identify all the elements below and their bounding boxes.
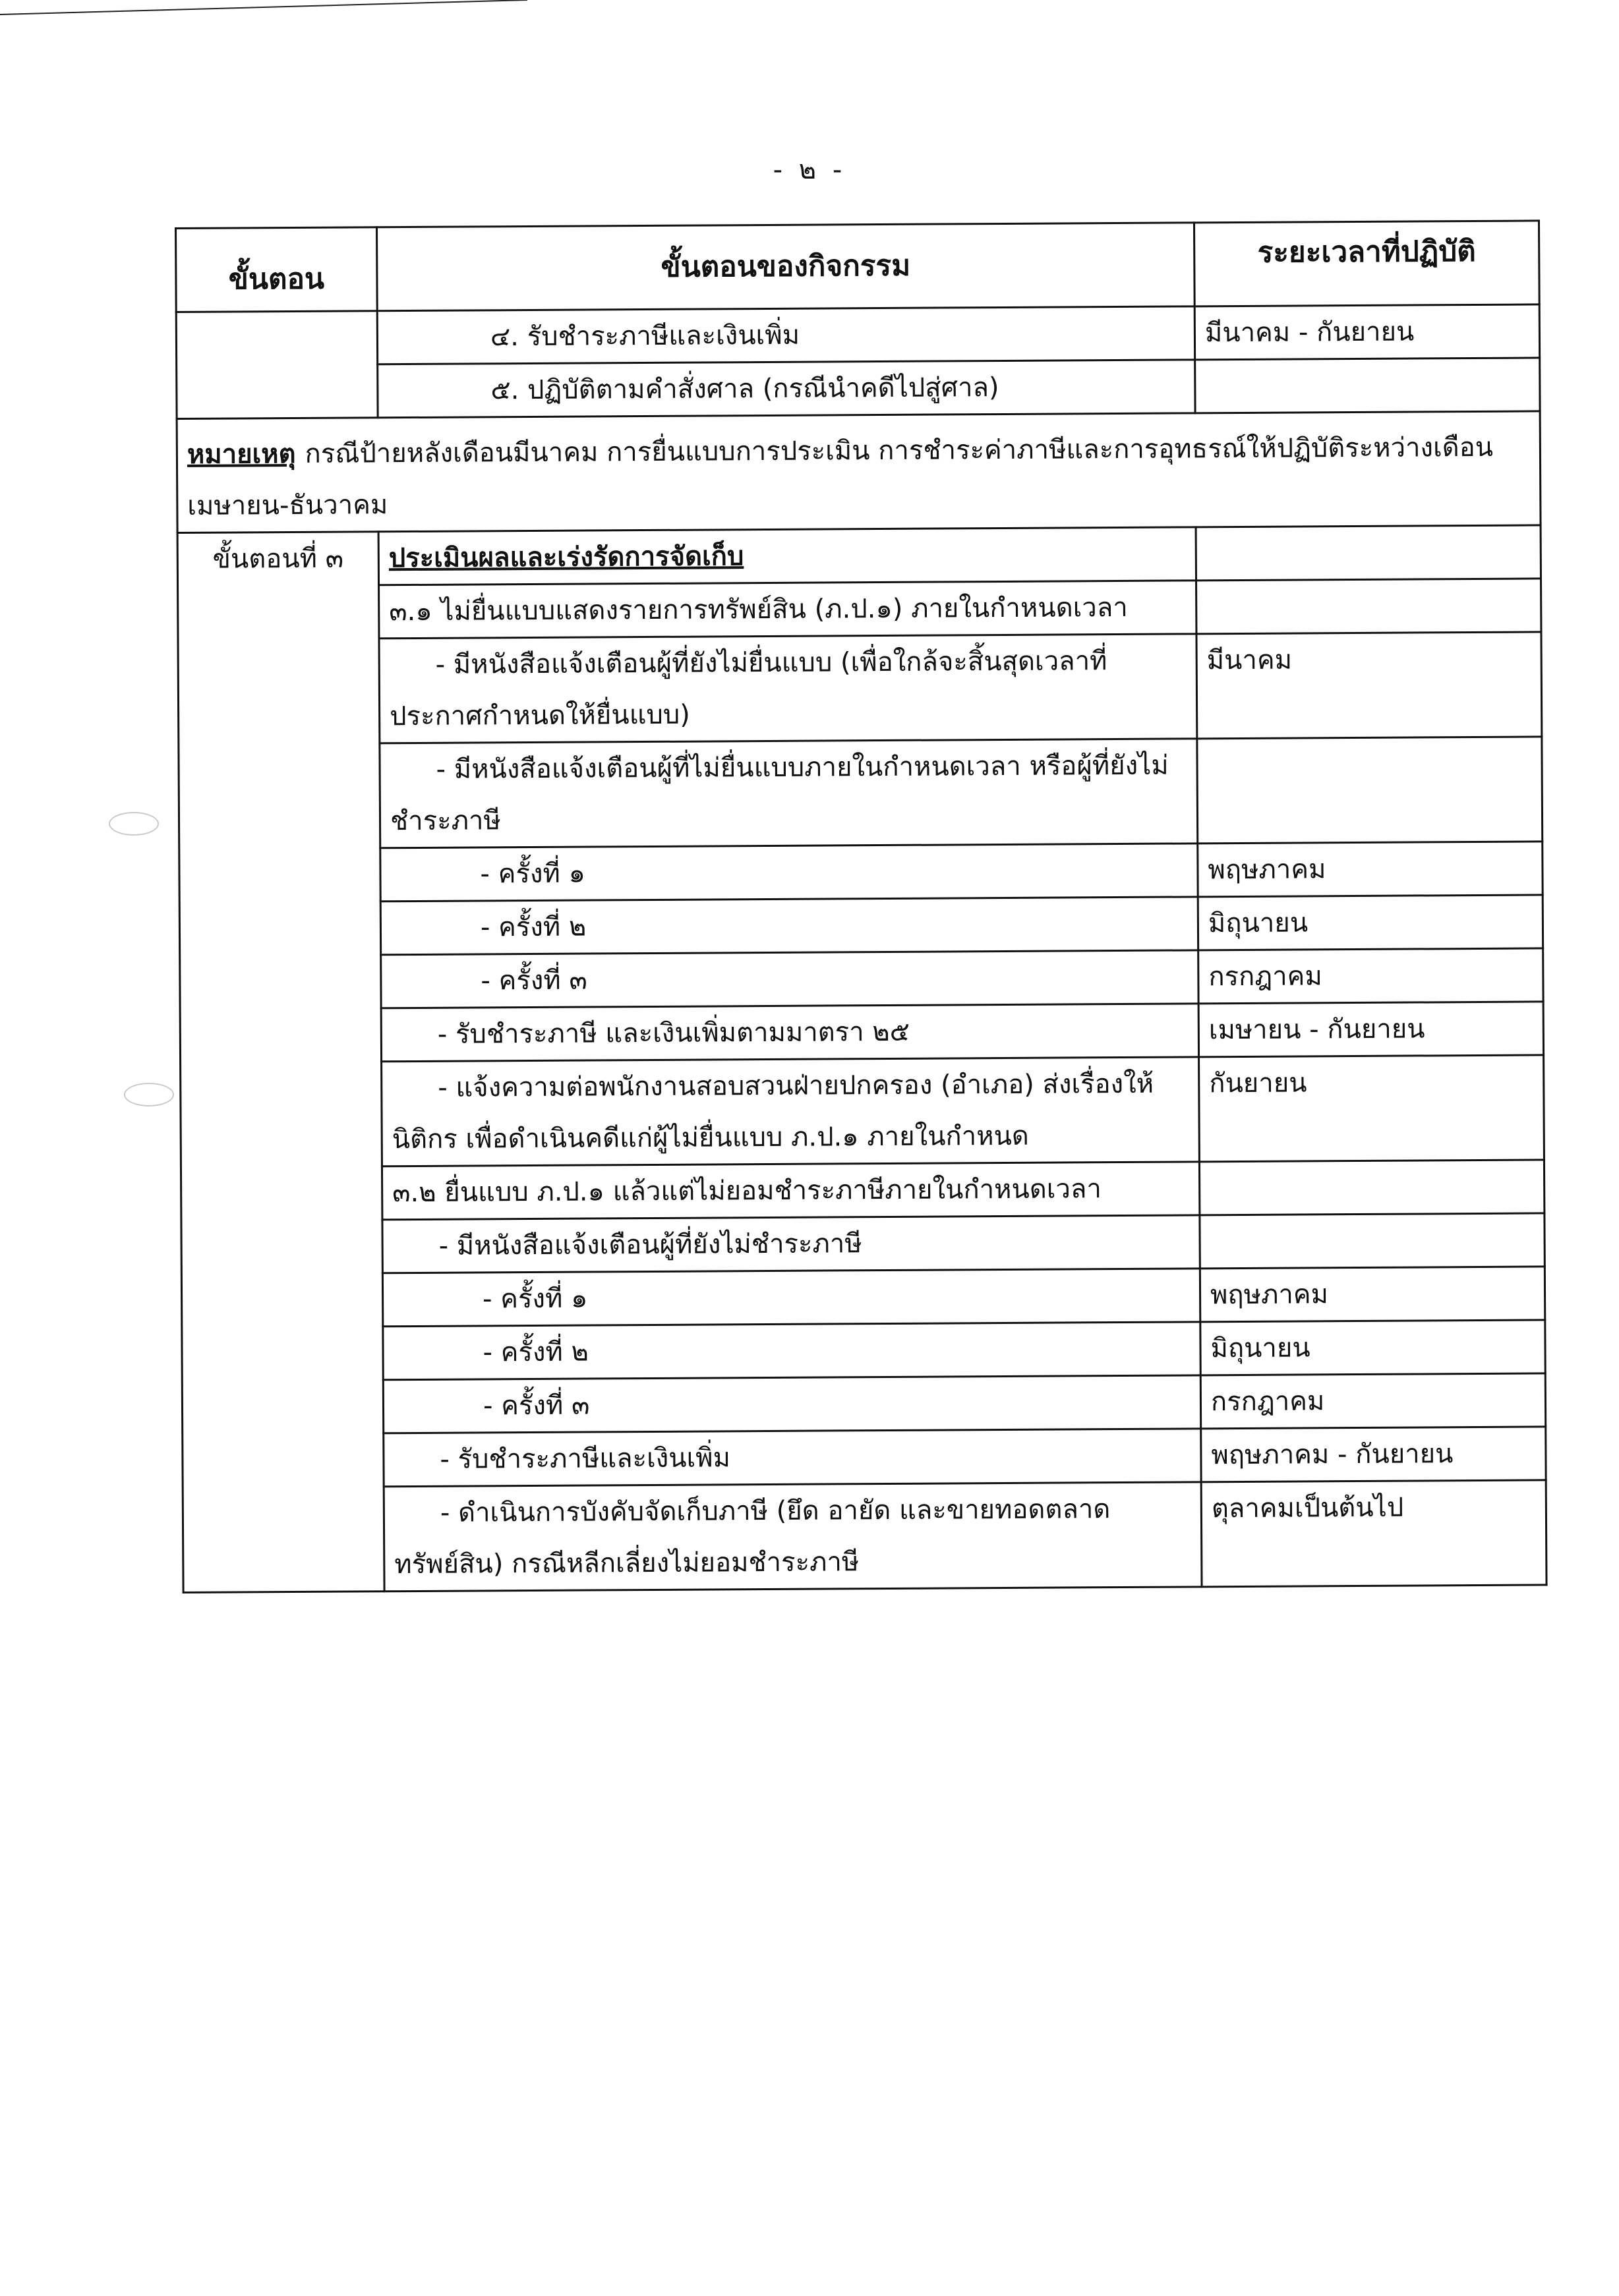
step3-title-row: ขั้นตอนที่ ๓ ประเมินผลและเร่งรัดการจัดเก…	[177, 525, 1541, 587]
period-cell: กรกฎาคม	[1200, 1373, 1545, 1429]
period-cell: มีนาคม - กันยายน	[1194, 304, 1539, 360]
period-cell	[1200, 1213, 1545, 1269]
activity-cell: - ครั้งที่ ๒	[380, 897, 1198, 955]
activity-cell: ๓.๑ ไม่ยื่นแบบแสดงรายการทรัพย์สิน (ภ.ป.๑…	[379, 581, 1196, 639]
activity-cell: - ครั้งที่ ๓	[381, 950, 1198, 1008]
punch-hole	[124, 1083, 174, 1106]
period-cell	[1195, 358, 1540, 413]
period-cell: มิถุนายน	[1198, 895, 1543, 950]
period-cell: มีนาคม	[1196, 632, 1542, 739]
table-row: - ครั้งที่ ๓กรกฎาคม	[180, 948, 1543, 1010]
table-header-row: ขั้นตอน ขั้นตอนของกิจกรรม ระยะเวลาที่ปฏิ…	[176, 221, 1540, 312]
header-period: ระยะเวลาที่ปฏิบัติ	[1194, 221, 1539, 306]
activity-cell: - ครั้งที่ ๑	[382, 1269, 1200, 1327]
table-row: ๔. รับชำระภาษีและเงินเพิ่ม มีนาคม - กันย…	[176, 304, 1539, 366]
table-row: ๓.๑ ไม่ยื่นแบบแสดงรายการทรัพย์สิน (ภ.ป.๑…	[178, 579, 1541, 640]
activity-cell: - มีหนังสือแจ้งเตือนผู้ที่ยังไม่ยื่นแบบ …	[379, 634, 1197, 743]
step-cell-empty	[176, 311, 378, 419]
note-row: หมายเหตุกรณีป้ายหลังเดือนมีนาคม การยื่นแ…	[177, 411, 1541, 533]
period-cell	[1196, 525, 1541, 581]
period-cell: กันยายน	[1199, 1055, 1545, 1162]
table-row: - ดำเนินการบังคับจัดเก็บภาษี (ยึด อายัด …	[183, 1480, 1546, 1593]
activity-cell: ๓.๒ ยื่นแบบ ภ.ป.๑ แล้วแต่ไม่ยอมชำระภาษีภ…	[382, 1162, 1199, 1220]
step3-title: ประเมินผลและเร่งรัดการจัดเก็บ	[389, 541, 744, 573]
activity-cell: - ครั้งที่ ๒	[383, 1322, 1200, 1380]
activity-cell: - มีหนังสือแจ้งเตือนผู้ที่ไม่ยื่นแบบภายใ…	[380, 739, 1198, 848]
period-cell: กรกฎาคม	[1198, 948, 1543, 1004]
period-cell	[1199, 1160, 1544, 1215]
step3-label: ขั้นตอนที่ ๓	[177, 532, 384, 1593]
table-row: - ครั้งที่ ๒มิถุนายน	[179, 895, 1543, 956]
table-row: - ครั้งที่ ๑พฤษภาคม	[179, 842, 1543, 903]
period-cell: พฤษภาคม - กันยายน	[1201, 1427, 1546, 1482]
period-cell	[1197, 737, 1543, 844]
table-row: - รับชำระภาษี และเงินเพิ่มตามมาตรา ๒๕เมษ…	[180, 1002, 1543, 1063]
table-row: - มีหนังสือแจ้งเตือนผู้ที่ยังไม่ยื่นแบบ …	[178, 632, 1542, 745]
table-row: - ครั้งที่ ๓กรกฎาคม	[182, 1373, 1545, 1435]
activity-cell: - รับชำระภาษี และเงินเพิ่มตามมาตรา ๒๕	[381, 1004, 1198, 1062]
period-cell: พฤษภาคม	[1198, 842, 1543, 897]
period-cell: ตุลาคมเป็นต้นไป	[1201, 1480, 1546, 1587]
activity-cell: - มีหนังสือแจ้งเตือนผู้ที่ยังไม่ชำระภาษี	[382, 1215, 1200, 1273]
activity-cell: - รับชำระภาษีและเงินเพิ่ม	[384, 1429, 1201, 1487]
activity-cell: ๔. รับชำระภาษีและเงินเพิ่ม	[377, 306, 1194, 364]
activity-cell: - ครั้งที่ ๑	[380, 844, 1198, 902]
document-sheet: ขั้นตอน ขั้นตอนของกิจกรรม ระยะเวลาที่ปฏิ…	[175, 219, 1546, 1593]
table-row: ๓.๒ ยื่นแบบ ภ.ป.๑ แล้วแต่ไม่ยอมชำระภาษีภ…	[181, 1160, 1544, 1221]
scan-edge-artifact	[0, 0, 527, 20]
page-number: - ๒ -	[0, 148, 1619, 190]
steps-table: ขั้นตอน ขั้นตอนของกิจกรรม ระยะเวลาที่ปฏิ…	[175, 219, 1548, 1593]
table-row: - มีหนังสือแจ้งเตือนผู้ที่ยังไม่ชำระภาษี	[181, 1213, 1545, 1275]
step3-title-cell: ประเมินผลและเร่งรัดการจัดเก็บ	[378, 527, 1196, 585]
table-row: - แจ้งความต่อพนักงานสอบสวนฝ่ายปกครอง (อำ…	[181, 1055, 1545, 1168]
table-row: - ครั้งที่ ๒มิถุนายน	[182, 1320, 1545, 1381]
note-label: หมายเหตุ	[187, 439, 296, 470]
punch-hole	[109, 812, 159, 836]
header-step: ขั้นตอน	[176, 227, 378, 312]
activity-cell: ๕. ปฏิบัติตามคำสั่งศาล (กรณีนำคดีไปสู่ศา…	[378, 360, 1195, 418]
activity-cell: - แจ้งความต่อพนักงานสอบสวนฝ่ายปกครอง (อำ…	[382, 1057, 1200, 1166]
period-cell	[1196, 579, 1541, 634]
activity-cell: - ดำเนินการบังคับจัดเก็บภาษี (ยึด อายัด …	[384, 1482, 1202, 1592]
period-cell: พฤษภาคม	[1200, 1267, 1545, 1322]
activity-cell: - ครั้งที่ ๓	[383, 1375, 1200, 1433]
table-row: - มีหนังสือแจ้งเตือนผู้ที่ไม่ยื่นแบบภายใ…	[179, 737, 1543, 849]
header-activity: ขั้นตอนของกิจกรรม	[377, 223, 1195, 311]
table-row: - รับชำระภาษีและเงินเพิ่มพฤษภาคม - กันยา…	[183, 1427, 1546, 1488]
note-cell: หมายเหตุกรณีป้ายหลังเดือนมีนาคม การยื่นแ…	[177, 411, 1541, 533]
table-row: ๕. ปฏิบัติตามคำสั่งศาล (กรณีนำคดีไปสู่ศา…	[177, 358, 1540, 419]
table-row: - ครั้งที่ ๑พฤษภาคม	[181, 1267, 1545, 1328]
period-cell: เมษายน - กันยายน	[1198, 1002, 1543, 1057]
note-text: กรณีป้ายหลังเดือนมีนาคม การยื่นแบบการประ…	[187, 432, 1493, 521]
period-cell: มิถุนายน	[1200, 1320, 1545, 1375]
